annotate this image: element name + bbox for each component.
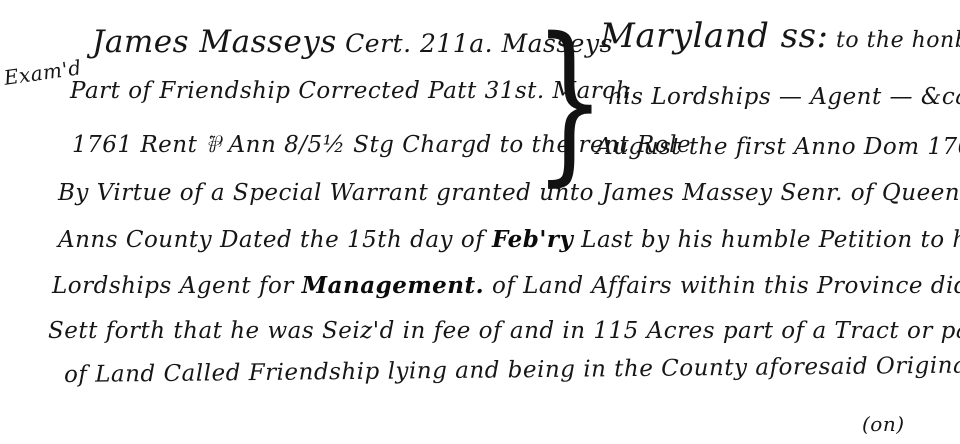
body-line-5: of Land Called Friendship lying and bein…	[64, 352, 960, 388]
header-brace: }	[534, 2, 606, 202]
body-line-3-overwritten-word: Management.	[302, 272, 485, 299]
header-right-line-1-rest: to the honble	[829, 28, 960, 53]
body-line-1: By Virtue of a Special Warrant granted u…	[58, 180, 960, 206]
header-left-line-1-lead: James Masseys	[92, 24, 337, 60]
body-line-3-pre: Lordships Agent for	[52, 273, 302, 299]
header-right-line-1-lead: Maryland ss:	[600, 16, 829, 56]
header-right-line-1: Maryland ss: to the honble	[600, 16, 960, 56]
header-right-line-2: his Lordships — Agent — &ca:	[608, 84, 960, 110]
body-line-4: Sett forth that he was Seiz'd in fee of …	[48, 318, 960, 344]
catchword: (on)	[862, 412, 905, 436]
manuscript-page: Exam'd James Masseys Cert. 211a. Masseys…	[0, 0, 960, 444]
body-line-2-pre: Anns County Dated the 15th day of	[58, 227, 492, 253]
body-line-2-overwritten-word: Feb'ry	[492, 226, 573, 253]
body-line-3-post: of Land Affairs within this Province did	[484, 273, 960, 299]
body-line-2-post: Last by his humble Petition to his	[573, 227, 960, 253]
body-line-2: Anns County Dated the 15th day of Feb'ry…	[58, 226, 960, 253]
header-right-line-3: August the first Anno Dom 1760	[596, 134, 960, 160]
body-line-3: Lordships Agent for Management. of Land …	[52, 272, 960, 299]
